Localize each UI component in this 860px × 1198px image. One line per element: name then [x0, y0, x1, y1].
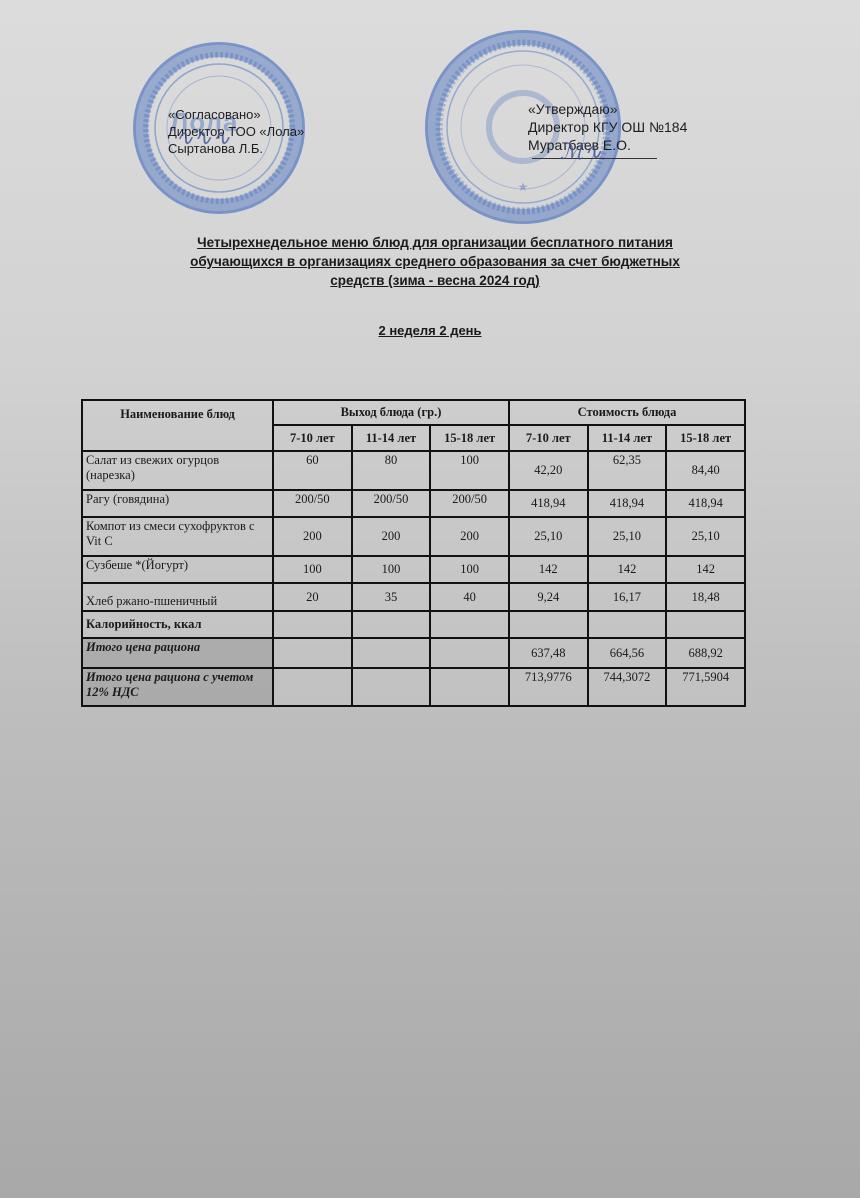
yield-cell: 200/50 [430, 490, 509, 517]
yield-cell: 100 [352, 556, 431, 583]
yield-cell: 200/50 [273, 490, 352, 517]
empty-cell [352, 638, 431, 668]
header-age-group: 7-10 лет [273, 425, 352, 451]
calories-row: Калорийность, ккал [82, 611, 745, 638]
approval-right-line1: «Утверждаю» [528, 100, 687, 118]
cost-cell: 418,94 [588, 490, 667, 517]
empty-cell [430, 611, 509, 638]
header-row-1: Наименование блюд Выход блюда (гр.) Стои… [82, 400, 745, 425]
yield-cell: 35 [352, 583, 431, 611]
approval-right-line3: Муратбаев Е.О. [528, 136, 687, 154]
total-cell: 688,92 [666, 638, 745, 668]
yield-cell: 100 [430, 451, 509, 490]
dish-name: Хлеб ржано-пшеничный [82, 583, 273, 611]
document-title: Четырехнедельное меню блюд для организац… [170, 233, 700, 290]
yield-cell: 100 [430, 556, 509, 583]
approval-right-line2: Директор КГУ ОШ №184 [528, 118, 687, 136]
cost-cell: 84,40 [666, 451, 745, 490]
total-vat-cell: 744,3072 [588, 668, 667, 706]
total-cell: 637,48 [509, 638, 588, 668]
cost-cell: 42,20 [509, 451, 588, 490]
dish-name: Рагу (говядина) [82, 490, 273, 517]
empty-cell [273, 668, 352, 706]
approval-left-line1: «Согласовано» [168, 106, 304, 123]
signature-right-icon: ℳ∿ [560, 140, 602, 165]
table-row: Компот из смеси сухофруктов с Vit C 200 … [82, 517, 745, 556]
total-vat-row: Итого цена рациона с учетом 12% НДС 713,… [82, 668, 745, 706]
yield-cell: 60 [273, 451, 352, 490]
dish-name: Сузбеше *(Йогурт) [82, 556, 273, 583]
empty-cell [273, 611, 352, 638]
cost-cell: 25,10 [588, 517, 667, 556]
cost-cell: 142 [509, 556, 588, 583]
table-row: Салат из свежих огурцов (нарезка) 60 80 … [82, 451, 745, 490]
cost-cell: 418,94 [666, 490, 745, 517]
cost-cell: 25,10 [509, 517, 588, 556]
header-age-group: 11-14 лет [352, 425, 431, 451]
dish-name: Компот из смеси сухофруктов с Vit C [82, 517, 273, 556]
yield-cell: 200 [273, 517, 352, 556]
empty-cell [666, 611, 745, 638]
cost-cell: 16,17 [588, 583, 667, 611]
yield-cell: 20 [273, 583, 352, 611]
yield-cell: 40 [430, 583, 509, 611]
table-row: Сузбеше *(Йогурт) 100 100 100 142 142 14… [82, 556, 745, 583]
header-age-group: 7-10 лет [509, 425, 588, 451]
header-age-group: 15-18 лет [430, 425, 509, 451]
header-yield: Выход блюда (гр.) [273, 400, 509, 425]
total-cell: 664,56 [588, 638, 667, 668]
empty-cell [273, 638, 352, 668]
document-subtitle: 2 неделя 2 день [0, 323, 860, 338]
header-age-group: 15-18 лет [666, 425, 745, 451]
cost-cell: 9,24 [509, 583, 588, 611]
yield-cell: 200 [430, 517, 509, 556]
yield-cell: 200/50 [352, 490, 431, 517]
dish-name: Салат из свежих огурцов (нарезка) [82, 451, 273, 490]
table-row: Рагу (говядина) 200/50 200/50 200/50 418… [82, 490, 745, 517]
total-row: Итого цена рациона 637,48 664,56 688,92 [82, 638, 745, 668]
cost-cell: 62,35 [588, 451, 667, 490]
cost-cell: 142 [666, 556, 745, 583]
total-label: Итого цена рациона [82, 638, 273, 668]
cost-cell: 418,94 [509, 490, 588, 517]
empty-cell [352, 668, 431, 706]
yield-cell: 100 [273, 556, 352, 583]
total-vat-label: Итого цена рациона с учетом 12% НДС [82, 668, 273, 706]
yield-cell: 200 [352, 517, 431, 556]
empty-cell [430, 668, 509, 706]
yield-cell: 80 [352, 451, 431, 490]
calories-label: Калорийность, ккал [82, 611, 273, 638]
svg-text:★: ★ [518, 180, 529, 194]
approval-block-right: «Утверждаю» Директор КГУ ОШ №184 Муратба… [528, 100, 687, 154]
total-vat-cell: 771,5904 [666, 668, 745, 706]
cost-cell: 142 [588, 556, 667, 583]
total-vat-cell: 713,9776 [509, 668, 588, 706]
cost-cell: 25,10 [666, 517, 745, 556]
header-age-group: 11-14 лет [588, 425, 667, 451]
empty-cell [588, 611, 667, 638]
header-cost: Стоимость блюда [509, 400, 745, 425]
menu-table: Наименование блюд Выход блюда (гр.) Стои… [81, 399, 746, 707]
empty-cell [352, 611, 431, 638]
table-row: Хлеб ржано-пшеничный 20 35 40 9,24 16,17… [82, 583, 745, 611]
cost-cell: 18,48 [666, 583, 745, 611]
signature-left-icon: ∿∿∿ [175, 126, 230, 151]
empty-cell [430, 638, 509, 668]
header-name: Наименование блюд [82, 400, 273, 451]
empty-cell [509, 611, 588, 638]
